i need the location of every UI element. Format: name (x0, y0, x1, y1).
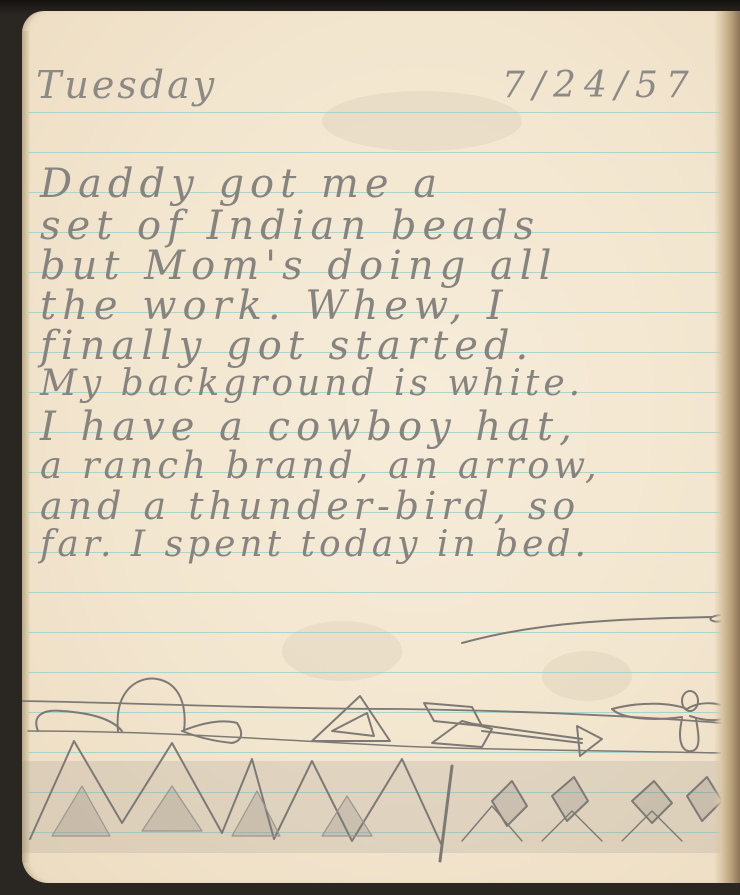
entry-date: 7/24/57 (502, 65, 697, 106)
diary-line: a ranch brand, an arrow, (40, 444, 601, 487)
notebook-page: Tuesday 7/24/57 Daddy got me a set of In… (22, 11, 740, 883)
entry-day: Tuesday (36, 63, 217, 107)
diary-line: My background is white. (40, 363, 584, 404)
ranch-brand-motif (312, 696, 390, 741)
scanned-page: Tuesday 7/24/57 Daddy got me a set of In… (0, 0, 740, 895)
bead-pattern-sketch (22, 591, 740, 883)
diary-line: far. I spent today in bed. (40, 524, 590, 565)
pencil-smudge (322, 91, 522, 151)
notebook-binding (714, 11, 740, 883)
diary-line: Daddy got me a (40, 161, 443, 207)
ruled-line (28, 152, 740, 153)
diary-line: and a thunder-bird, so (40, 484, 580, 528)
stray-pencil-curve (462, 615, 727, 643)
ruled-line (28, 112, 740, 113)
